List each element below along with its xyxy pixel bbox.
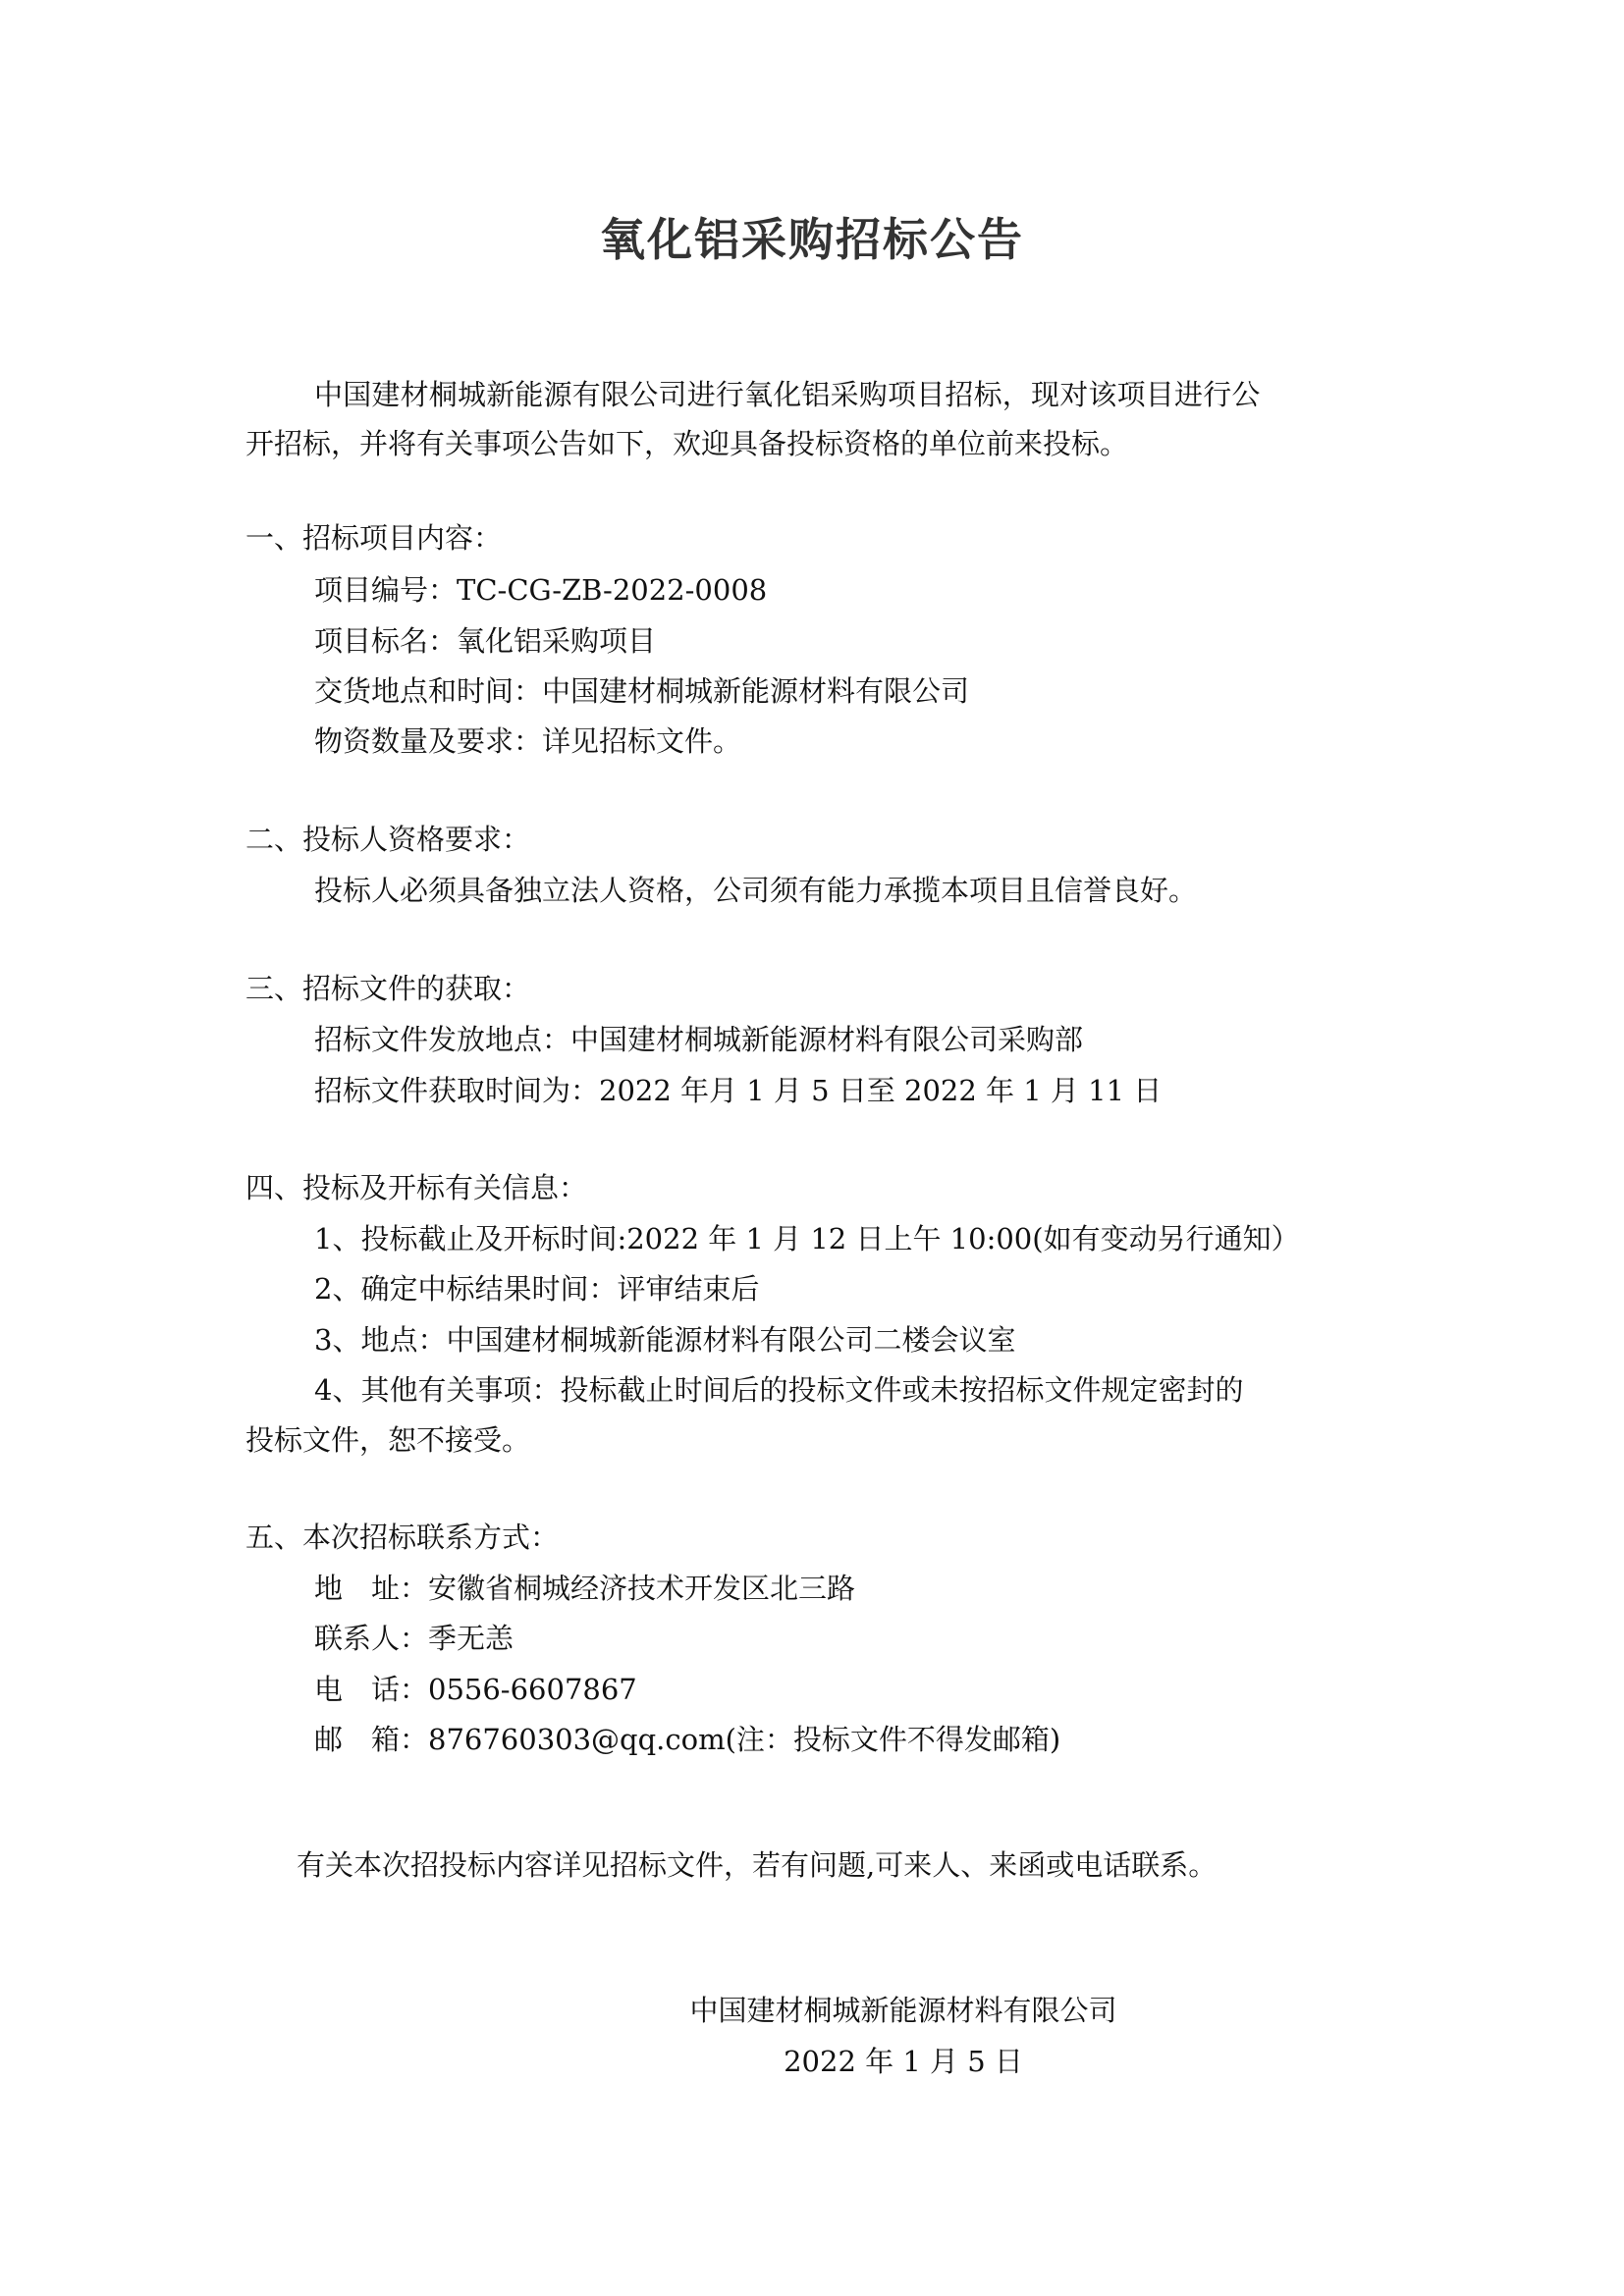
signature-company: 中国建材桐城新能源材料有限公司 <box>0 1991 1624 2030</box>
bid-opening-location: 3、地点：中国建材桐城新能源材料有限公司二楼会议室 <box>314 1320 1015 1360</box>
section-heading-4: 四、投标及开标有关信息： <box>245 1168 587 1207</box>
document-page: 氧化铝采购招标公告 中国建材桐城新能源有限公司进行氧化铝采购项目招标，现对该项目… <box>0 0 1624 2296</box>
contact-email: 邮 箱：876760303@qq.com(注：投标文件不得发邮箱) <box>314 1720 1060 1759</box>
section-heading-2: 二、投标人资格要求： <box>245 820 530 859</box>
document-title: 氧化铝采购招标公告 <box>0 208 1624 271</box>
document-distribution-location: 招标文件发放地点：中国建材桐城新能源材料有限公司采购部 <box>314 1020 1083 1059</box>
delivery-location: 交货地点和时间：中国建材桐城新能源材料有限公司 <box>314 671 969 711</box>
project-number: 项目编号：TC-CG-ZB-2022-0008 <box>314 570 767 610</box>
section-heading-3: 三、招标文件的获取： <box>245 969 530 1008</box>
bidder-qualification: 投标人必须具备独立法人资格，公司须有能力承揽本项目且信誉良好。 <box>314 871 1197 910</box>
section-heading-5: 五、本次招标联系方式： <box>245 1518 559 1557</box>
intro-paragraph-line-1: 中国建材桐城新能源有限公司进行氧化铝采购项目招标，现对该项目进行公 <box>314 375 1261 414</box>
intro-paragraph-line-2: 开招标，并将有关事项公告如下，欢迎具备投标资格的单位前来投标。 <box>245 424 1128 463</box>
closing-statement: 有关本次招投标内容详见招标文件，若有问题,可来人、来函或电话联系。 <box>297 1845 1217 1885</box>
contact-person: 联系人：季无恙 <box>314 1619 514 1658</box>
contact-phone: 电 话：0556-6607867 <box>314 1670 637 1709</box>
section-heading-1: 一、招标项目内容： <box>245 518 502 558</box>
document-acquisition-time: 招标文件获取时间为：2022 年月 1 月 5 日至 2022 年 1 月 11… <box>314 1071 1162 1110</box>
other-matters-continuation: 投标文件，恕不接受。 <box>245 1420 530 1460</box>
award-result-time: 2、确定中标结果时间：评审结束后 <box>314 1269 759 1308</box>
other-matters: 4、其他有关事项：投标截止时间后的投标文件或未按招标文件规定密封的 <box>314 1370 1243 1410</box>
contact-address: 地 址：安徽省桐城经济技术开发区北三路 <box>314 1569 855 1608</box>
signature-date: 2022 年 1 月 5 日 <box>0 2042 1624 2081</box>
bid-deadline: 1、投标截止及开标时间:2022 年 1 月 12 日上午 10:00(如有变动… <box>314 1219 1300 1258</box>
project-name: 项目标名：氧化铝采购项目 <box>314 621 656 661</box>
material-requirements: 物资数量及要求：详见招标文件。 <box>314 721 741 761</box>
